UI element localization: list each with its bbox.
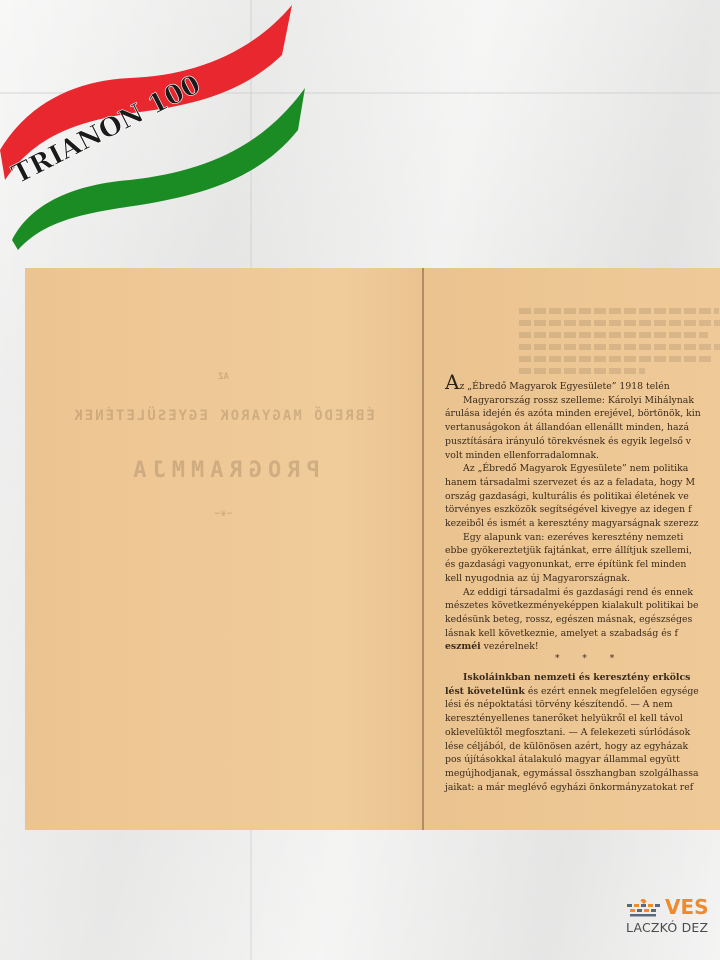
text-line: mészetes következményeképpen kialakult p… (445, 599, 720, 613)
text-line: pos újításokkal átalakuló magyar államma… (445, 753, 720, 767)
vesz-subtitle: LACZKÓ DEZ (626, 920, 708, 935)
text-line: lásnak kell következnie, amelyet a szaba… (445, 627, 720, 641)
bleedthrough-az: AZ (25, 372, 422, 382)
text-line: Az „Ébredő Magyarok Egyesülete” 1918 tel… (445, 376, 720, 394)
text-line: megújhodjanak, egymással összhangban szo… (445, 767, 720, 781)
text-line: keresztényellenes tanerőket helyükről el… (445, 712, 720, 726)
vesz-footer-logo: VES LACZKÓ DEZ (625, 895, 720, 945)
text-line: hanem társadalmi szervezet és az a felad… (445, 476, 720, 490)
document-spread: AZ ÉBREDŐ MAGYAROK EGYESÜLETÉNEK PROGRAM… (25, 268, 720, 830)
right-page-text: Az „Ébredő Magyarok Egyesülete” 1918 tel… (424, 268, 720, 830)
vesz-brand-text: VES (665, 895, 709, 919)
text-line: oklevelüktől megfosztani. — A felekezeti… (445, 726, 720, 740)
trianon-100-logo: TRIANON 100 (0, 0, 320, 250)
ornament-icon: ~❦~ (25, 508, 422, 519)
text-line: árulása idején és azóta minden erejével,… (445, 407, 720, 421)
programme-body-text: Az „Ébredő Magyarok Egyesülete” 1918 tel… (445, 376, 720, 794)
bleedthrough-organization: ÉBREDŐ MAGYAROK EGYESÜLETÉNEK (25, 408, 422, 424)
text-line: lést követelünk és ezért ennek megfelelő… (445, 685, 720, 699)
drop-cap: A (445, 370, 459, 394)
text-line: eszméi vezérelnek! (445, 640, 720, 654)
bleedthrough-programme: PROGRAMMJA (25, 458, 422, 483)
text-line: Iskoláinkban nemzeti és keresztény erköl… (445, 671, 720, 685)
text-line: vertanuságokon át állandóan ellenállt mi… (445, 421, 720, 435)
text-line: ebbe gyökereztetjük fajtánkat, erre állí… (445, 544, 720, 558)
text-line: kell nyugodnia az új Magyarországnak. (445, 572, 720, 586)
text-line: Egy alapunk van: ezeréves keresztény nem… (445, 531, 720, 545)
text-line: Magyarország rossz szelleme: Károlyi Mih… (445, 394, 720, 408)
text-line: jaikat: a már meglévő egyházi önkormányz… (445, 781, 720, 795)
right-page-bleedthrough (519, 308, 720, 380)
text-line: és gazdasági vagyonunkat, erre építünk f… (445, 558, 720, 572)
text-line: volt minden ellenforradalomnak. (445, 449, 720, 463)
text-line: pusztítására irányuló törekvésnek és egy… (445, 435, 720, 449)
text-line: Az eddigi társadalmi és gazdasági rend é… (445, 586, 720, 600)
section-separator: * * * (445, 654, 720, 665)
text-line: kezeiből és ismét a keresztény magyarság… (445, 517, 720, 531)
left-page-cover: AZ ÉBREDŐ MAGYAROK EGYESÜLETÉNEK PROGRAM… (25, 268, 422, 830)
hungarian-flag-ribbon-icon: TRIANON 100 (0, 0, 320, 250)
text-line: törvényes eszközök segítségével kivegye … (445, 503, 720, 517)
crown-blocks-icon (627, 899, 661, 917)
text-line: ország gazdasági, kulturális és politika… (445, 490, 720, 504)
text-line: Az „Ébredő Magyarok Egyesülete” nem poli… (445, 462, 720, 476)
text-line: lése céljából, de különösen azért, hogy … (445, 740, 720, 754)
text-line: lési és népoktatási törvény készítendő. … (445, 698, 720, 712)
text-line: kedésünk beteg, rossz, egészen másnak, e… (445, 613, 720, 627)
